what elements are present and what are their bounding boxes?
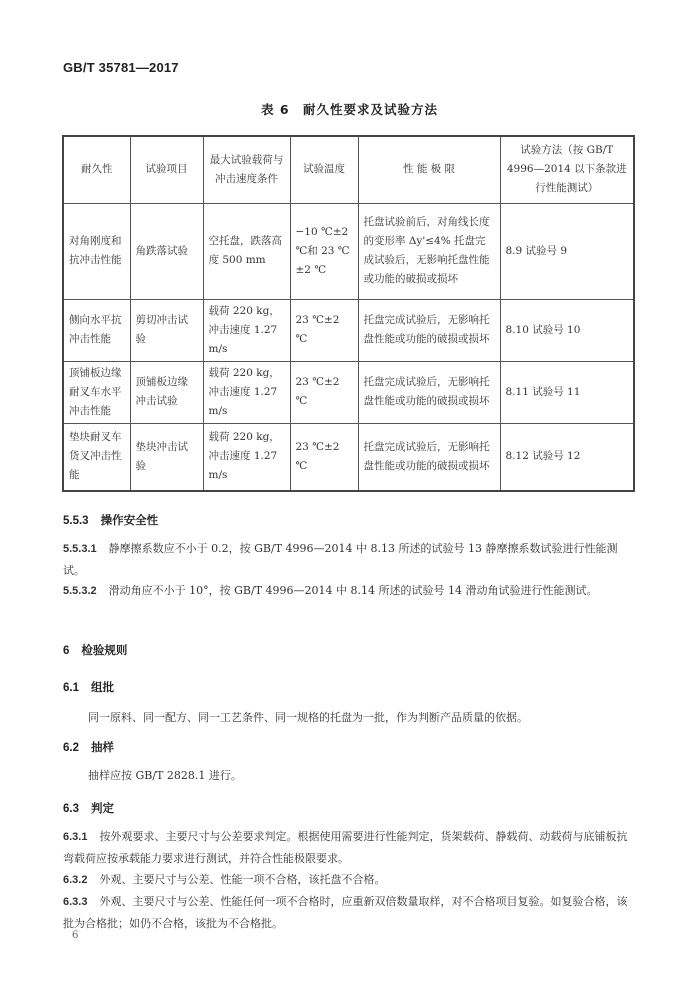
cell-load: 空托盘，跌落高度 500 mm xyxy=(203,203,290,299)
cell-durability: 垫块耐叉车货叉冲击性能 xyxy=(63,423,130,491)
clause-number: 6.3.1 xyxy=(63,831,87,843)
cell-item: 顶铺板边缘冲击试验 xyxy=(130,361,203,423)
page-number: 6 xyxy=(72,930,78,941)
section-title: 判定 xyxy=(91,801,114,815)
cell-item: 角跌落试验 xyxy=(130,203,203,299)
col-header: 耐久性 xyxy=(63,136,130,203)
table-header-row: 耐久性 试验项目 最大试验载荷与冲击速度条件 试验温度 性 能 极 限 试验方法… xyxy=(63,136,634,203)
cell-load: 载荷 220 kg，冲击速度 1.27 m/s xyxy=(203,423,290,491)
col-header: 试验温度 xyxy=(290,136,358,203)
clause-6-3-2: 6.3.2外观、主要尺寸与公差、性能一项不合格，该托盘不合格。 xyxy=(63,869,638,891)
section-title: 操作安全性 xyxy=(101,513,159,527)
cell-method: 8.10 试验号 10 xyxy=(500,299,634,361)
section-number: 6.3 xyxy=(63,803,79,815)
section-title: 检验规则 xyxy=(81,643,127,657)
durability-table: 耐久性 试验项目 最大试验载荷与冲击速度条件 试验温度 性 能 极 限 试验方法… xyxy=(62,135,635,492)
clause-6-3-1: 6.3.1按外观要求、主要尺寸与公差要求判定。根据使用需要进行性能判定，货架载荷… xyxy=(63,826,638,869)
section-6-2-heading: 6.2抽样 xyxy=(63,739,114,755)
cell-load: 载荷 220 kg，冲击速度 1.27 m/s xyxy=(203,361,290,423)
cell-limit: 托盘完成试验后，无影响托盘性能或功能的破损或损坏 xyxy=(358,423,500,491)
cell-temp: 23 ℃±2 ℃ xyxy=(290,299,358,361)
table-row: 垫块耐叉车货叉冲击性能 垫块冲击试验 载荷 220 kg，冲击速度 1.27 m… xyxy=(63,423,634,491)
section-5-5-3-heading: 5.5.3操作安全性 xyxy=(63,512,158,528)
clause-5-5-3-2: 5.5.3.2滑动角应不小于 10°，按 GB/T 4996—2014 中 8.… xyxy=(63,580,638,602)
standard-code: GB/T 35781—2017 xyxy=(63,60,179,75)
clause-text: 静摩擦系数应不小于 0.2，按 GB/T 4996—2014 中 8.13 所述… xyxy=(63,542,618,577)
section-6-1-text: 同一原料、同一配方、同一工艺条件、同一规格的托盘为一批，作为判断产品质量的依据。 xyxy=(88,707,638,728)
section-6-heading: 6检验规则 xyxy=(63,642,127,658)
cell-method: 8.12 试验号 12 xyxy=(500,423,634,491)
section-number: 5.5.3 xyxy=(63,515,89,527)
col-header: 最大试验载荷与冲击速度条件 xyxy=(203,136,290,203)
cell-durability: 侧向水平抗冲击性能 xyxy=(63,299,130,361)
section-title: 组批 xyxy=(91,680,114,694)
table-title: 表 6 耐久性要求及试验方法 xyxy=(0,100,699,118)
cell-item: 剪切冲击试验 xyxy=(130,299,203,361)
cell-limit: 托盘试验前后，对角线长度的变形率 Δy'≤4% 托盘完成试验后，无影响托盘性能或… xyxy=(358,203,500,299)
table-row: 对角刚度和抗冲击性能 角跌落试验 空托盘，跌落高度 500 mm −10 ℃±2… xyxy=(63,203,634,299)
clause-6-3-3: 6.3.3外观、主要尺寸与公差、性能任何一项不合格时，应重新双倍数量取样，对不合… xyxy=(63,891,638,934)
section-6-2-text: 抽样应按 GB/T 2828.1 进行。 xyxy=(88,765,638,786)
clause-number: 5.5.3.1 xyxy=(63,543,97,555)
clause-5-5-3-1: 5.5.3.1静摩擦系数应不小于 0.2，按 GB/T 4996—2014 中 … xyxy=(63,538,638,581)
clause-number: 6.3.3 xyxy=(63,896,87,908)
cell-durability: 顶铺板边缘耐叉车水平冲击性能 xyxy=(63,361,130,423)
cell-item: 垫块冲击试验 xyxy=(130,423,203,491)
section-6-1-heading: 6.1组批 xyxy=(63,679,114,695)
cell-load: 载荷 220 kg，冲击速度 1.27 m/s xyxy=(203,299,290,361)
clause-text: 按外观要求、主要尺寸与公差要求判定。根据使用需要进行性能判定，货架载荷、静载荷、… xyxy=(63,830,627,865)
table-row: 顶铺板边缘耐叉车水平冲击性能 顶铺板边缘冲击试验 载荷 220 kg，冲击速度 … xyxy=(63,361,634,423)
cell-durability: 对角刚度和抗冲击性能 xyxy=(63,203,130,299)
clause-text: 外观、主要尺寸与公差、性能任何一项不合格时，应重新双倍数量取样，对不合格项目复验… xyxy=(63,895,627,930)
section-6-3-heading: 6.3判定 xyxy=(63,800,114,816)
col-header: 试验方法（按 GB/T 4996—2014 以下条款进行性能测试） xyxy=(500,136,634,203)
col-header: 性 能 极 限 xyxy=(358,136,500,203)
cell-temp: 23 ℃±2 ℃ xyxy=(290,423,358,491)
cell-temp: 23 ℃±2 ℃ xyxy=(290,361,358,423)
cell-limit: 托盘完成试验后，无影响托盘性能或功能的破损或损坏 xyxy=(358,361,500,423)
cell-method: 8.11 试验号 11 xyxy=(500,361,634,423)
clause-number: 6.3.2 xyxy=(63,874,87,886)
section-number: 6.2 xyxy=(63,742,79,754)
section-title: 抽样 xyxy=(91,740,114,754)
cell-limit: 托盘完成试验后，无影响托盘性能或功能的破损或损坏 xyxy=(358,299,500,361)
table-row: 侧向水平抗冲击性能 剪切冲击试验 载荷 220 kg，冲击速度 1.27 m/s… xyxy=(63,299,634,361)
clause-text: 外观、主要尺寸与公差、性能一项不合格，该托盘不合格。 xyxy=(99,873,385,886)
clause-text: 滑动角应不小于 10°，按 GB/T 4996—2014 中 8.14 所述的试… xyxy=(109,584,598,597)
cell-temp: −10 ℃±2 ℃和 23 ℃±2 ℃ xyxy=(290,203,358,299)
section-number: 6.1 xyxy=(63,682,79,694)
cell-method: 8.9 试验号 9 xyxy=(500,203,634,299)
section-number: 6 xyxy=(63,645,69,657)
col-header: 试验项目 xyxy=(130,136,203,203)
clause-number: 5.5.3.2 xyxy=(63,585,97,597)
